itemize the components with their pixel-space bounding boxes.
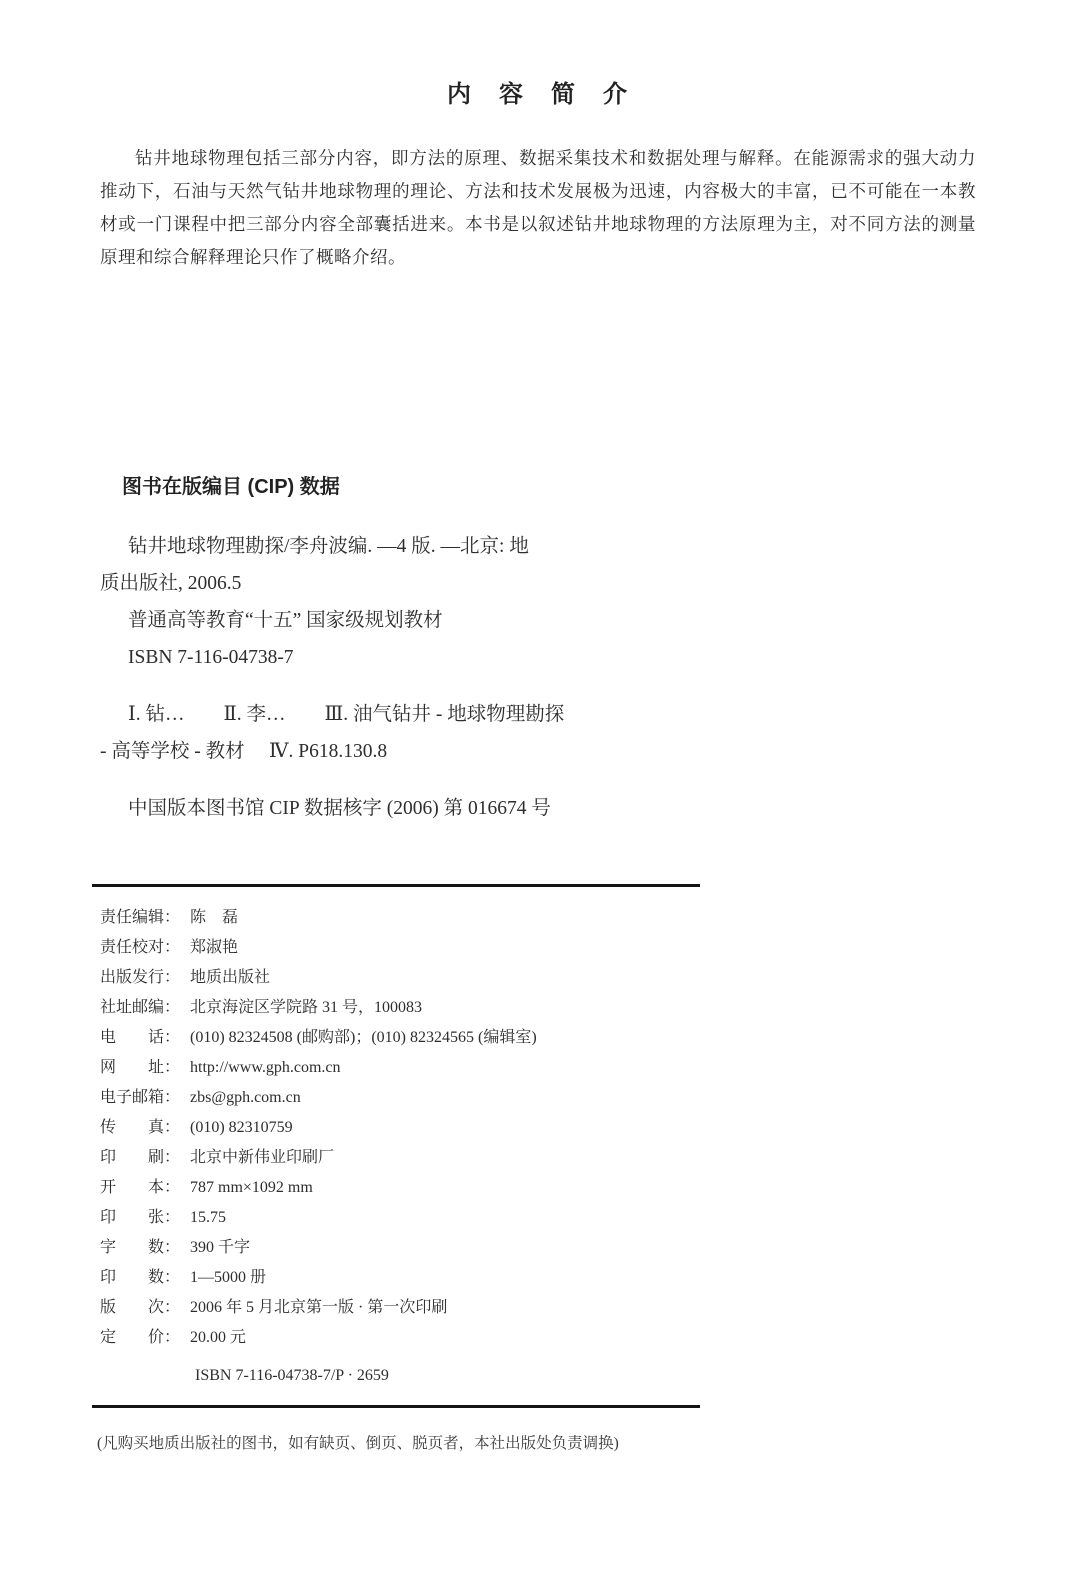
colophon-row-website: 网 址： http://www.gph.com.cn <box>100 1053 976 1083</box>
colophon-label: 责任校对： <box>100 933 180 963</box>
colophon-value: 15.75 <box>180 1203 226 1233</box>
colophon-label: 印 数： <box>100 1263 180 1293</box>
colophon-label: 传 真： <box>100 1113 180 1143</box>
footer-note: (凡购买地质出版社的图书，如有缺页、倒页、脱页者，本社出版处负责调换) <box>97 1430 976 1458</box>
colophon-row-printer: 印 刷： 北京中新伟业印刷厂 <box>100 1143 976 1173</box>
colophon-list: 责任编辑： 陈 磊 责任校对： 郑淑艳 出版发行： 地质出版社 社址邮编： 北京… <box>100 903 976 1353</box>
colophon-label: 电 话： <box>100 1023 180 1053</box>
colophon-row-editor: 责任编辑： 陈 磊 <box>100 903 976 933</box>
intro-title: 内 容 简 介 <box>100 80 976 110</box>
colophon-value: 郑淑艳 <box>180 933 238 963</box>
colophon-label: 社址邮编： <box>100 993 180 1023</box>
colophon-value: 2006 年 5 月北京第一版 · 第一次印刷 <box>180 1293 447 1323</box>
cip-series-line: 普通高等教育“十五” 国家级规划教材 <box>100 602 976 639</box>
colophon-row-email: 电子邮箱： zbs@gph.com.cn <box>100 1083 976 1113</box>
colophon-row-phone: 电 话： (010) 82324508 (邮购部)；(010) 82324565… <box>100 1023 976 1053</box>
colophon-value: http://www.gph.com.cn <box>180 1053 341 1083</box>
cip-title-line-1: 钻井地球物理勘探/李舟波编. —4 版. —北京: 地 <box>100 528 976 565</box>
cip-number-line: 中国版本图书馆 CIP 数据核字 (2006) 第 016674 号 <box>100 790 976 827</box>
cip-section-header: 图书在版编目 (CIP) 数据 <box>100 472 976 502</box>
colophon-value: 地质出版社 <box>180 963 270 993</box>
colophon-value: (010) 82324508 (邮购部)；(010) 82324565 (编辑室… <box>180 1023 537 1053</box>
cip-isbn-line: ISBN 7-116-04738-7 <box>100 639 976 676</box>
colophon-value: 陈 磊 <box>180 903 238 933</box>
divider-top-rule <box>92 884 700 887</box>
colophon-row-format: 开 本： 787 mm×1092 mm <box>100 1173 976 1203</box>
cip-data-block: 钻井地球物理勘探/李舟波编. —4 版. —北京: 地 质出版社, 2006.5… <box>100 528 976 827</box>
colophon-label: 责任编辑： <box>100 903 180 933</box>
colophon-row-edition: 版 次： 2006 年 5 月北京第一版 · 第一次印刷 <box>100 1293 976 1323</box>
cip-classification-line-2: - 高等学校 - 教材 Ⅳ. P618.130.8 <box>100 733 976 770</box>
colophon-label: 版 次： <box>100 1293 180 1323</box>
intro-paragraph: 钻井地球物理包括三部分内容，即方法的原理、数据采集技术和数据处理与解释。在能源需… <box>100 142 976 274</box>
colophon-row-fax: 传 真： (010) 82310759 <box>100 1113 976 1143</box>
colophon-value: (010) 82310759 <box>180 1113 293 1143</box>
colophon-label: 定 价： <box>100 1323 180 1353</box>
colophon-row-wordcount: 字 数： 390 千字 <box>100 1233 976 1263</box>
colophon-row-proofreader: 责任校对： 郑淑艳 <box>100 933 976 963</box>
colophon-value: 1—5000 册 <box>180 1263 266 1293</box>
colophon-value: 390 千字 <box>180 1233 250 1263</box>
colophon-value: 20.00 元 <box>180 1323 246 1353</box>
colophon-row-publisher: 出版发行： 地质出版社 <box>100 963 976 993</box>
colophon-row-price: 定 价： 20.00 元 <box>100 1323 976 1353</box>
colophon-value: 北京海淀区学院路 31 号，100083 <box>180 993 422 1023</box>
cip-classification-line-1: Ⅰ. 钻… Ⅱ. 李… Ⅲ. 油气钻井 - 地球物理勘探 <box>100 696 976 733</box>
colophon-value: 787 mm×1092 mm <box>180 1173 313 1203</box>
colophon-label: 出版发行： <box>100 963 180 993</box>
colophon-label: 字 数： <box>100 1233 180 1263</box>
copyright-page: 内 容 简 介 钻井地球物理包括三部分内容，即方法的原理、数据采集技术和数据处理… <box>0 0 1080 1578</box>
colophon-label: 网 址： <box>100 1053 180 1083</box>
colophon-label: 印 张： <box>100 1203 180 1233</box>
colophon-label: 开 本： <box>100 1173 180 1203</box>
divider-bottom-rule <box>92 1405 700 1408</box>
isbn-footer-line: ISBN 7-116-04738-7/P · 2659 <box>100 1361 976 1391</box>
colophon-label: 电子邮箱： <box>100 1083 180 1113</box>
cip-title-line-2: 质出版社, 2006.5 <box>100 565 976 602</box>
colophon-label: 印 刷： <box>100 1143 180 1173</box>
colophon-value: zbs@gph.com.cn <box>180 1083 301 1113</box>
colophon-row-address: 社址邮编： 北京海淀区学院路 31 号，100083 <box>100 993 976 1023</box>
colophon-row-printrun: 印 数： 1—5000 册 <box>100 1263 976 1293</box>
colophon-row-sheets: 印 张： 15.75 <box>100 1203 976 1233</box>
colophon-value: 北京中新伟业印刷厂 <box>180 1143 334 1173</box>
